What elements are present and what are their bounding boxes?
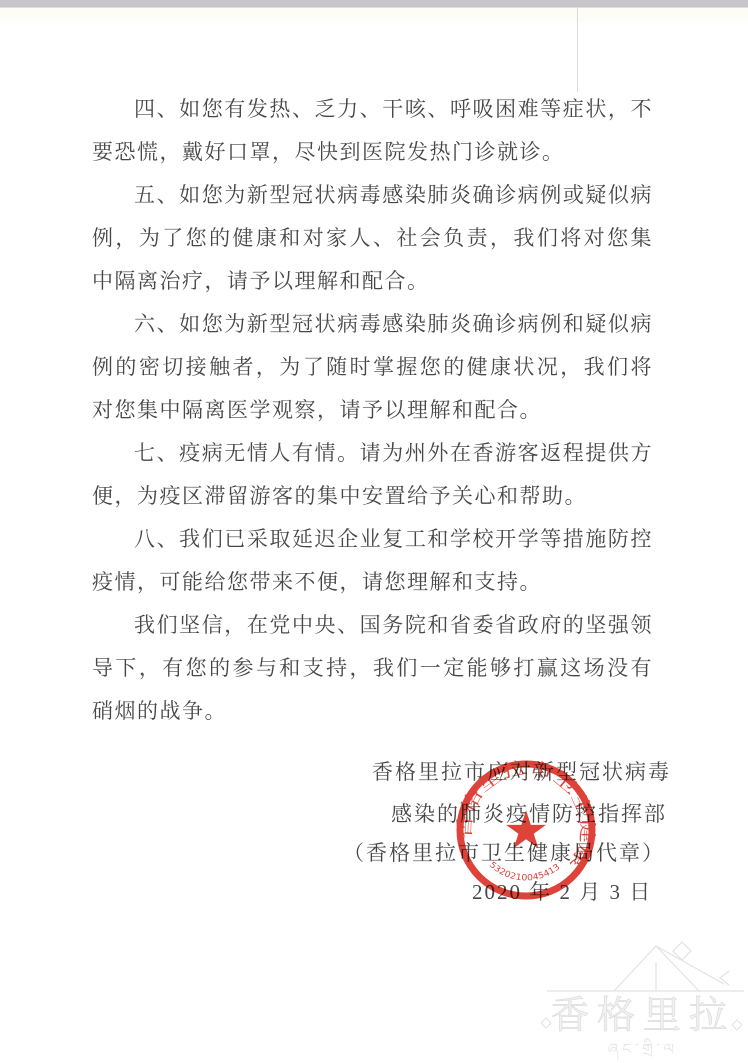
signature-org-line2: 感染的肺炎疫情防控指挥部 (391, 798, 667, 828)
signature-date: 2020 年 2 月 3 日 (472, 876, 652, 906)
notice-body: 四、如您有发热、乏力、干咳、呼吸困难等症状，不要恐慌，戴好口罩，尽快到医院发热门… (92, 88, 653, 733)
shangrila-watermark: 香格里拉 ཞང་གྲི་ལ (533, 933, 748, 1063)
paragraph-8: 八、我们已采取延迟企业复工和学校开学等措施防控疫情，可能给您带来不便，请您理解和… (92, 518, 653, 604)
scan-edge-line (577, 8, 578, 92)
paragraph-4: 四、如您有发热、乏力、干咳、呼吸困难等症状，不要恐慌，戴好口罩，尽快到医院发热门… (92, 88, 653, 174)
signature-org-line1: 香格里拉市应对新型冠状病毒 (372, 756, 671, 786)
window-top-edge (0, 0, 748, 8)
paragraph-7: 七、疫病无情人有情。请为州外在香游客返程提供方便，为疫区滞留游客的集中安置给予关… (92, 432, 653, 518)
watermark-brand-text: 香格里拉 (551, 995, 735, 1037)
document-page: 四、如您有发热、乏力、干咳、呼吸困难等症状，不要恐慌，戴好口罩，尽快到医院发热门… (0, 0, 748, 1063)
signature-org-line3: （香格里拉市卫生健康局代章） (343, 837, 665, 867)
paragraph-5: 五、如您为新型冠状病毒感染肺炎确诊病例或疑似病例，为了您的健康和对家人、社会负责… (92, 174, 653, 303)
paragraph-6: 六、如您为新型冠状病毒感染肺炎确诊病例和疑似病例的密切接触者，为了随时掌握您的健… (92, 303, 653, 432)
watermark-tibetan-text: ཞང་གྲི་ལ (608, 1038, 678, 1062)
paragraph-closing: 我们坚信，在党中央、国务院和省委省政府的坚强领导下，有您的参与和支持，我们一定能… (92, 604, 653, 733)
scan-cream-band (0, 8, 748, 22)
